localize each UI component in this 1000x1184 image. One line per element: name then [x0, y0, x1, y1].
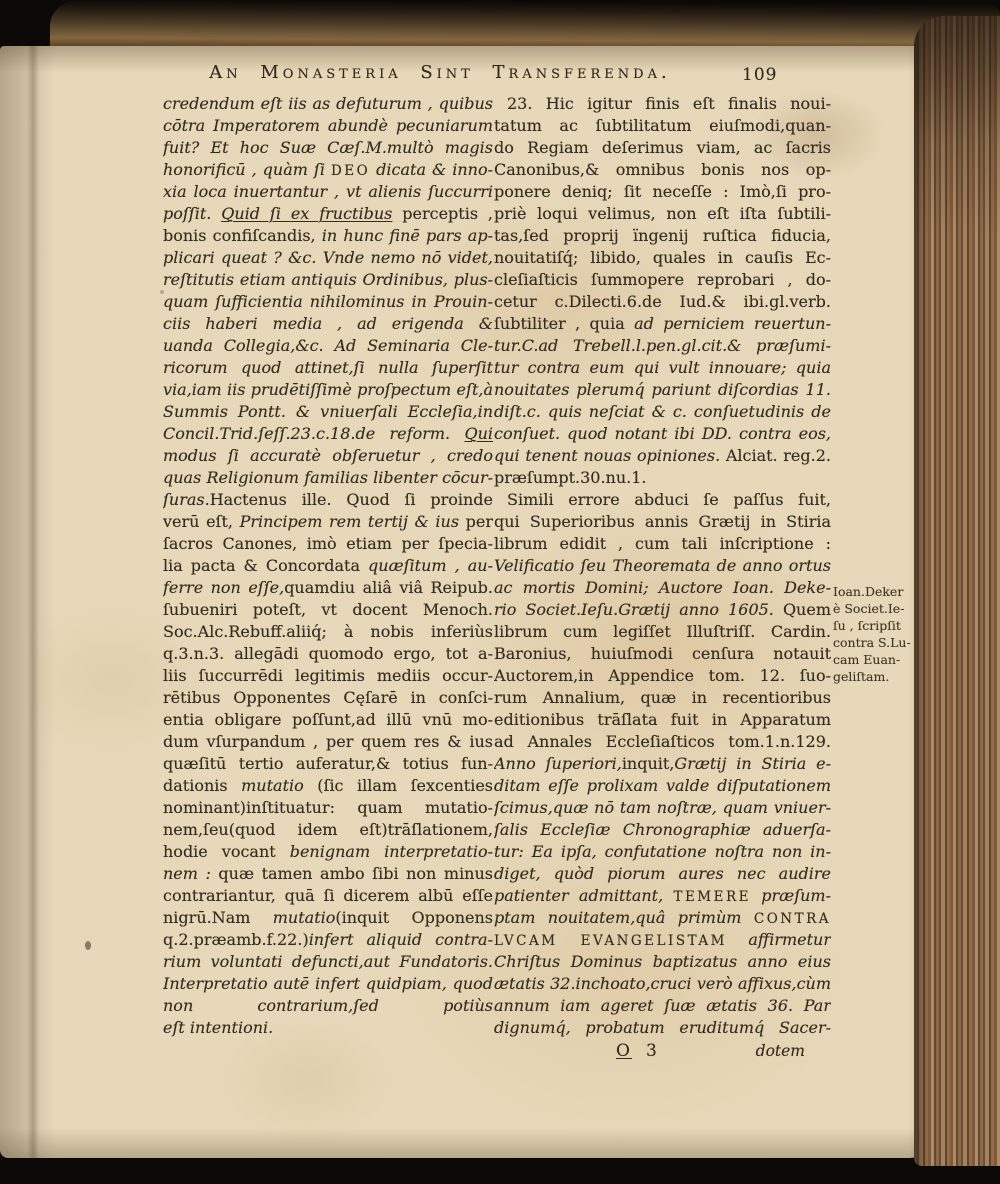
text-line: qui Superioribus annis Grætij in Stiria: [494, 511, 831, 533]
text-line: ponere deniq; ſit neceſſe : Imò,ſi pro-: [494, 181, 831, 203]
book-page: An Monasteria Sint Transferenda. 109 cre…: [0, 46, 930, 1158]
paper-speck: [160, 290, 164, 294]
text-line: Baronius, huiuſmodi cenſura notauit: [494, 643, 831, 665]
catchword: dotem: [756, 1040, 805, 1062]
text-line: ricorum quod attinet,ſi nulla ſuperſit a…: [163, 357, 493, 379]
text-line: via,iam iis prudētiſſimè proſpectum eſt,…: [163, 379, 493, 401]
text-line: priè loqui velimus, non eſt iſta ſubtili…: [494, 203, 831, 225]
text-line: diſt.c. quis neſciat & c. conſuetudinis …: [494, 401, 831, 423]
text-line: conſuet. quod notant ibi DD. contra eos,: [494, 423, 831, 445]
text-line: qui tenent nouas opiniones. Alciat. reg.…: [494, 445, 831, 467]
text-line: rio Societ.Ieſu.Grætij anno 1605. Quem: [494, 599, 831, 621]
text-line: librum edidit , cum tali inſcriptione :: [494, 533, 831, 555]
text-line: uanda Collegia,&c. Ad Seminaria Cle-: [163, 335, 493, 357]
text-line: annum iam ageret ſuæ ætatis 36. Par erat: [494, 995, 831, 1017]
running-header: An Monasteria Sint Transferenda.: [140, 62, 740, 83]
text-line: Auctorem,in Appendice tom. 12. ſuo-: [494, 665, 831, 687]
text-line: honorificū , quàm ſi DEO dicata & inno-: [163, 159, 493, 181]
text-line: LVCAM EVANGELISTAM affirmetur: [494, 929, 831, 951]
text-line: ſacros Canones, imò etiam per ſpecia-: [163, 533, 493, 555]
gutter-crease: [27, 46, 39, 1158]
text-line: lia pacta & Concordata quæſitum , au-: [163, 555, 493, 577]
text-line: entia obligare poſſunt,ad illū vnū mo-: [163, 709, 493, 731]
margin-note-line: Ioan.Deker: [833, 583, 919, 600]
text-line: nigrū.Nam mutatio(inquit Opponens: [163, 907, 493, 929]
text-line: ætatis 32.inchoato,cruci verò affixus,cù…: [494, 973, 831, 995]
text-line: ferre non eſſe,quamdiu aliâ viâ Reipub.: [163, 577, 493, 599]
text-line: rium voluntati defuncti,aut Fundatoris.: [163, 951, 493, 973]
text-line: nem : quæ tamen ambo ſibi non minus: [163, 863, 493, 885]
text-column-right: 23. Hic igitur finis eſt finalis noui-ta…: [494, 93, 831, 1062]
text-line: ſalis Eccleſiæ Chronographiæ aduerſa-: [494, 819, 831, 841]
margin-note-line: ſu , ſcripſit: [833, 617, 919, 634]
text-line: ſubtiliter , quia ad perniciem reuertun-: [494, 313, 831, 335]
text-line: Concil.Trid.ſeſſ.23.c.18.de reform. Qui: [163, 423, 493, 445]
text-line: cōtra Imperatorem abundè pecuniarum: [163, 115, 493, 137]
text-line: Canonibus,& omnibus bonis nos op-: [494, 159, 831, 181]
text-line: dignumq́, probatum eruditumq́ Sacer-: [494, 1017, 831, 1039]
text-line: quam ſufficientia nihilominus in Prouin-: [163, 291, 493, 313]
text-line: ſubueniri poteſt, vt docent Menoch.: [163, 599, 493, 621]
text-line: editionibus trāſlata fuit in Apparatum: [494, 709, 831, 731]
text-line: eſt intentioni.: [163, 1017, 493, 1039]
text-line: Summis Pontt. & vniuerſali Eccleſia,in: [163, 401, 493, 423]
text-line: xia loca inuertantur , vt alienis ſuccur…: [163, 181, 493, 203]
text-line: Simili errore abduci ſe paſſus fuit,: [494, 489, 831, 511]
text-line: verū eſt, Principem rem tertij & ius per: [163, 511, 493, 533]
text-line: dationis mutatio (ſic illam ſexcenties: [163, 775, 493, 797]
text-line: nominant)inſtituatur: quam mutatio-: [163, 797, 493, 819]
text-line: non contrarium,ſed potiùs conſentaneum: [163, 995, 493, 1017]
text-line: tur.C.ad Trebell.l.pen.gl.cit.& præſumi-: [494, 335, 831, 357]
text-line: patienter admittant, TEMERE præſum-: [494, 885, 831, 907]
text-line: dum vſurpandum , per quem res & ius: [163, 731, 493, 753]
text-line: ptam nouitatem,quâ primùm CONTRA: [494, 907, 831, 929]
text-line: nem,ſeu(quod idem eſt)trāſlationem,: [163, 819, 493, 841]
text-line: plicari queat ? &c. Vnde nemo nō videt,: [163, 247, 493, 269]
signature-mark: O3: [616, 1040, 659, 1062]
text-line: contrariantur, quā ſi dicerem albū eſſe: [163, 885, 493, 907]
text-line: tur: Ea ipſa, confutatione noſtra non in…: [494, 841, 831, 863]
footer-row: O3dotem: [494, 1040, 831, 1062]
text-line: Anno ſuperiori,inquit,Grætij in Stiria e…: [494, 753, 831, 775]
margin-note-line: geliſtam.: [833, 668, 919, 685]
margin-note-line: cam Euan-: [833, 651, 919, 668]
text-line: modus ſi accuratè obſeruetur , credo ant…: [163, 445, 493, 467]
text-line: cetur c.Dilecti.6.de Iud.& ibi.gl.verb.: [494, 291, 831, 313]
text-line: nouitatiſq́; libido, quales in cauſis Ec…: [494, 247, 831, 269]
text-line: 23. Hic igitur finis eſt finalis noui-: [494, 93, 831, 115]
text-line: liis ſuccurrēdi legitimis mediis occur-: [163, 665, 493, 687]
text-line: q.2.præamb.f.22.)infert aliquid contra-: [163, 929, 493, 951]
text-line: Chriſtus Dominus baptizatus anno eius: [494, 951, 831, 973]
text-line: do Regiam deſerimus viam, ac ſacris: [494, 137, 831, 159]
text-line: librum cum legiſſet Illuſtriſſ. Cardin.: [494, 621, 831, 643]
text-column-left: credendum eſt iis as defuturum , quibusc…: [163, 93, 493, 1039]
text-line: fuit? Et hoc Suæ Cæſ.M.multò magis erit: [163, 137, 493, 159]
text-line: ad Annales Eccleſiaſticos tom.1.n.129.: [494, 731, 831, 753]
text-line: ac mortis Domini; Auctore Ioan. Deke-: [494, 577, 831, 599]
text-line: quas Religionum familias libenter cōcur-: [163, 467, 493, 489]
text-line: rum Annalium, quæ in recentioribus: [494, 687, 831, 709]
text-line: præſumpt.30.nu.1.: [494, 467, 831, 489]
text-line: rētibus Opponentes Cęſarē in conſci-: [163, 687, 493, 709]
text-line: q.3.n.3. allegādi quomodo ergo, tot a-: [163, 643, 493, 665]
book-fore-edge: [914, 16, 1000, 1166]
text-line: ditam eſſe prolixam valde diſputationem: [494, 775, 831, 797]
text-line: cleſiaſticis ſummopere reprobari , do-: [494, 269, 831, 291]
text-line: credendum eſt iis as defuturum , quibus: [163, 93, 493, 115]
text-line: tatum ac ſubtilitatum eiuſmodi,quan-: [494, 115, 831, 137]
text-line: reſtitutis etiam antiquis Ordinibus, plu…: [163, 269, 493, 291]
text-line: Interpretatio autē infert quidpiam, quod: [163, 973, 493, 995]
text-line: Soc.Alc.Rebuff.aliiq́; à nobis inferiùs: [163, 621, 493, 643]
text-line: nouitates plerumq́ pariunt diſcordias 11…: [494, 379, 831, 401]
text-line: ciis haberi media , ad erigenda & conſer…: [163, 313, 493, 335]
margin-note-line: è Societ.Ie-: [833, 600, 919, 617]
text-line: tas,ſed proprij ïngenij ruſtica fiducia,: [494, 225, 831, 247]
text-line: bonis confiſcandis, in hunc finē pars ap…: [163, 225, 493, 247]
text-line: hodie vocant benignam interpretatio-: [163, 841, 493, 863]
text-line: quæſitū tertio auferatur,& totius fun-: [163, 753, 493, 775]
paper-speck: [85, 941, 91, 950]
text-line: ſuras.Hactenus ille. Quod ſi proinde: [163, 489, 493, 511]
text-line: tur contra eum qui vult innouare; quia: [494, 357, 831, 379]
text-line: diget, quòd piorum aures nec audire ſalt…: [494, 863, 831, 885]
margin-note-line: contra S.Lu-: [833, 634, 919, 651]
margin-note: Ioan.Dekerè Societ.Ie-ſu , ſcripſitcontr…: [833, 583, 919, 685]
text-line: poſſit. Quid ſi ex fructibus perceptis ,…: [163, 203, 493, 225]
page-number: 109: [742, 65, 777, 85]
text-line: Velificatio ſeu Theoremata de anno ortus: [494, 555, 831, 577]
text-line: ſcimus,quæ nō tam noſtræ, quam vniuer-: [494, 797, 831, 819]
